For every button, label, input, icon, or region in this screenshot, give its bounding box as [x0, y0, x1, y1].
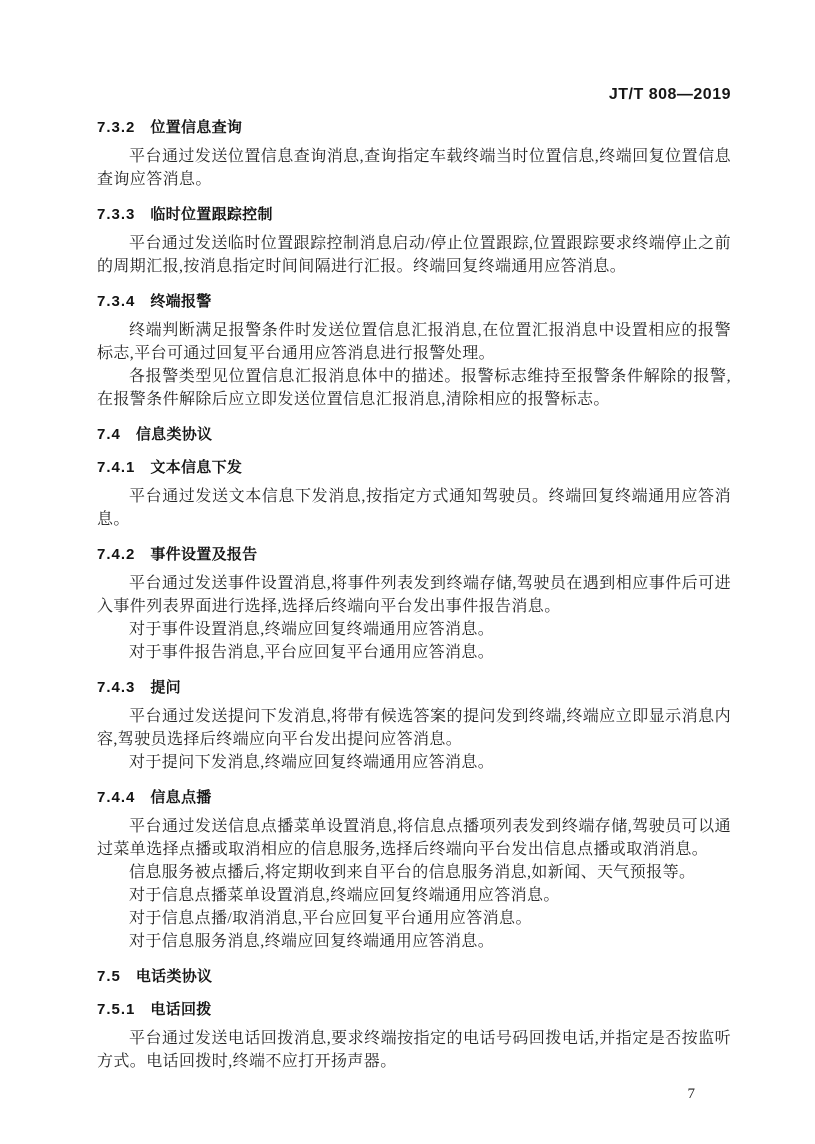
section-paragraph: 平台通过发送位置信息查询消息,查询指定车载终端当时位置信息,终端回复位置信息查询… — [97, 145, 731, 191]
section-title: 提问 — [150, 679, 181, 696]
running-header: JT/T 808—2019 — [97, 0, 731, 104]
section-title: 文本信息下发 — [150, 459, 242, 476]
section-paragraph: 平台通过发送提问下发消息,将带有候选答案的提问发到终端,终端应立即显示消息内容,… — [97, 705, 731, 751]
section-paragraph: 平台通过发送临时位置跟踪控制消息启动/停止位置跟踪,位置跟踪要求终端停止之前的周… — [97, 232, 731, 278]
section-number: 7.5 — [97, 968, 121, 986]
section-number: 7.4.1 — [97, 459, 135, 477]
content-column: JT/T 808—2019 7.3.2位置信息查询平台通过发送位置信息查询消息,… — [97, 0, 731, 1103]
section-paragraph: 对于信息点播菜单设置消息,终端应回复终端通用应答消息。 — [97, 884, 731, 907]
section-paragraph: 对于信息服务消息,终端应回复终端通用应答消息。 — [97, 930, 731, 953]
section-number: 7.3.2 — [97, 119, 135, 137]
section-heading-7.5.1: 7.5.1电话回拨 — [97, 1001, 731, 1019]
section-title: 信息点播 — [150, 789, 211, 806]
section-number: 7.4.2 — [97, 546, 135, 564]
section-number: 7.4.4 — [97, 789, 135, 807]
section-heading-7.5: 7.5电话类协议 — [97, 968, 731, 986]
section-paragraph: 终端判断满足报警条件时发送位置信息汇报消息,在位置汇报消息中设置相应的报警标志,… — [97, 319, 731, 365]
section-heading-7.4.1: 7.4.1文本信息下发 — [97, 459, 731, 477]
section-paragraph: 信息服务被点播后,将定期收到来自平台的信息服务消息,如新闻、天气预报等。 — [97, 861, 731, 884]
section-paragraph: 平台通过发送信息点播菜单设置消息,将信息点播项列表发到终端存储,驾驶员可以通过菜… — [97, 815, 731, 861]
section-heading-7.3.2: 7.3.2位置信息查询 — [97, 119, 731, 137]
section-paragraph: 平台通过发送电话回拨消息,要求终端按指定的电话号码回拨电话,并指定是否按监听方式… — [97, 1027, 731, 1073]
section-paragraph: 对于事件设置消息,终端应回复终端通用应答消息。 — [97, 618, 731, 641]
page-footer: 7 — [97, 1085, 731, 1103]
section-paragraph: 对于事件报告消息,平台应回复平台通用应答消息。 — [97, 641, 731, 664]
section-paragraph: 对于提问下发消息,终端应回复终端通用应答消息。 — [97, 751, 731, 774]
section-heading-7.3.3: 7.3.3临时位置跟踪控制 — [97, 206, 731, 224]
page-number: 7 — [688, 1086, 696, 1102]
section-number: 7.3.4 — [97, 293, 135, 311]
section-title: 事件设置及报告 — [150, 546, 257, 563]
document-body: 7.3.2位置信息查询平台通过发送位置信息查询消息,查询指定车载终端当时位置信息… — [97, 119, 731, 1073]
document-page: JT/T 808—2019 7.3.2位置信息查询平台通过发送位置信息查询消息,… — [0, 0, 815, 1144]
section-title: 位置信息查询 — [150, 119, 242, 136]
section-number: 7.4.3 — [97, 679, 135, 697]
section-heading-7.4.2: 7.4.2事件设置及报告 — [97, 546, 731, 564]
section-title: 电话回拨 — [150, 1001, 211, 1018]
section-title: 终端报警 — [150, 293, 211, 310]
section-heading-7.4: 7.4信息类协议 — [97, 426, 731, 444]
section-number: 7.4 — [97, 426, 121, 444]
section-heading-7.3.4: 7.3.4终端报警 — [97, 293, 731, 311]
section-paragraph: 平台通过发送文本信息下发消息,按指定方式通知驾驶员。终端回复终端通用应答消息。 — [97, 485, 731, 531]
standard-code: JT/T 808—2019 — [609, 86, 731, 103]
section-paragraph: 对于信息点播/取消消息,平台应回复平台通用应答消息。 — [97, 907, 731, 930]
section-title: 临时位置跟踪控制 — [150, 206, 272, 223]
section-title: 信息类协议 — [136, 426, 213, 443]
section-title: 电话类协议 — [136, 968, 213, 985]
section-paragraph: 各报警类型见位置信息汇报消息体中的描述。报警标志维持至报警条件解除的报警,在报警… — [97, 365, 731, 411]
section-paragraph: 平台通过发送事件设置消息,将事件列表发到终端存储,驾驶员在遇到相应事件后可进入事… — [97, 572, 731, 618]
section-heading-7.4.4: 7.4.4信息点播 — [97, 789, 731, 807]
section-number: 7.3.3 — [97, 206, 135, 224]
section-number: 7.5.1 — [97, 1001, 135, 1019]
section-heading-7.4.3: 7.4.3提问 — [97, 679, 731, 697]
